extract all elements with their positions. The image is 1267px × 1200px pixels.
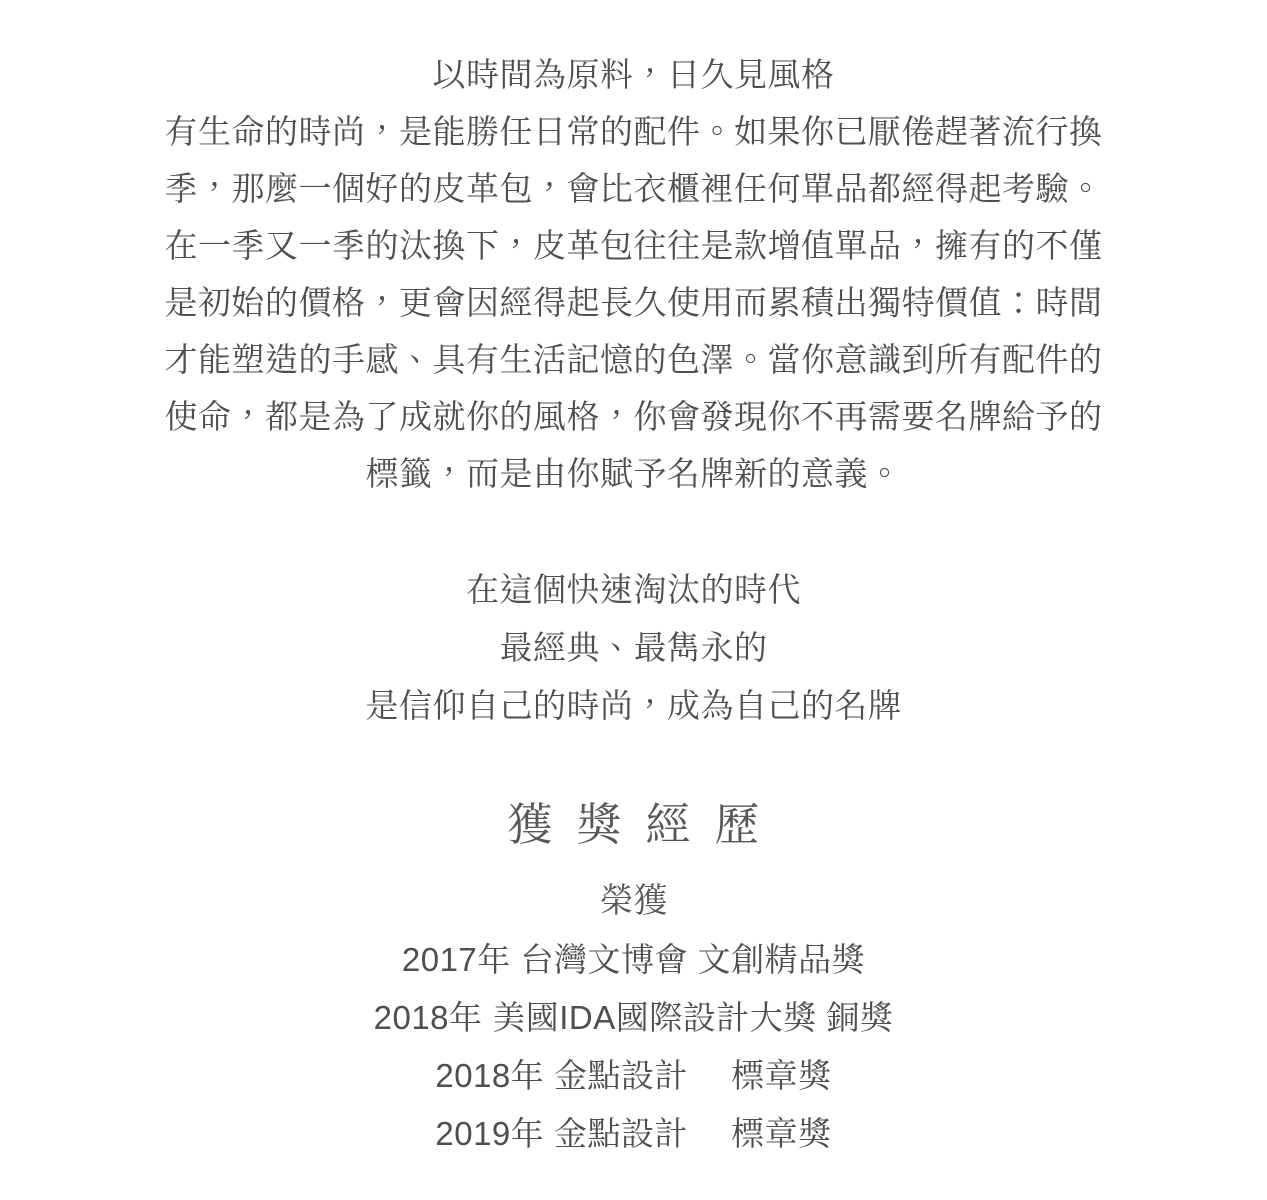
manifesto: 在這個快速淘汰的時代 最經典、最雋永的 是信仰自己的時尚，成為自己的名牌 bbox=[0, 561, 1267, 735]
awards-subtitle: 榮獲 bbox=[0, 873, 1267, 931]
brand-statement: 以時間為原料，日久見風格 有生命的時尚，是能勝任日常的配件。如果你已厭倦趕著流行… bbox=[0, 0, 1267, 502]
awards-list: 2017年 台灣文博會 文創精品獎 2018年 美國IDA國際設計大獎 銅獎 2… bbox=[0, 931, 1267, 1163]
statement-line-6: 使命，都是為了成就你的風格，你會發現你不再需要名牌給予的 bbox=[0, 388, 1267, 445]
statement-closing-line: 標籤，而是由你賦予名牌新的意義。 bbox=[0, 445, 1267, 502]
award-item-3: 2018年 金點設計 標章獎 bbox=[0, 1047, 1267, 1105]
manifesto-line-2: 最經典、最雋永的 bbox=[0, 619, 1267, 677]
awards-section: 獲獎經歷 榮獲 2017年 台灣文博會 文創精品獎 2018年 美國IDA國際設… bbox=[0, 795, 1267, 1163]
awards-section-title: 獲獎經歷 bbox=[0, 795, 1267, 855]
statement-line-3: 在一季又一季的汰換下，皮革包往往是款增值單品，擁有的不僅 bbox=[0, 217, 1267, 274]
statement-line-4: 是初始的價格，更會因經得起長久使用而累積出獨特價值：時間 bbox=[0, 274, 1267, 331]
award-item-1: 2017年 台灣文博會 文創精品獎 bbox=[0, 931, 1267, 989]
manifesto-line-1: 在這個快速淘汰的時代 bbox=[0, 561, 1267, 619]
statement-line-5: 才能塑造的手感、具有生活記憶的色澤。當你意識到所有配件的 bbox=[0, 331, 1267, 388]
award-item-2: 2018年 美國IDA國際設計大獎 銅獎 bbox=[0, 989, 1267, 1047]
award-item-4: 2019年 金點設計 標章獎 bbox=[0, 1105, 1267, 1163]
statement-line-2: 季，那麼一個好的皮革包，會比衣櫃裡任何單品都經得起考驗。 bbox=[0, 160, 1267, 217]
statement-opening-line: 以時間為原料，日久見風格 bbox=[0, 46, 1267, 103]
manifesto-line-3: 是信仰自己的時尚，成為自己的名牌 bbox=[0, 677, 1267, 735]
statement-line-1: 有生命的時尚，是能勝任日常的配件。如果你已厭倦趕著流行換 bbox=[0, 103, 1267, 160]
page: 以時間為原料，日久見風格 有生命的時尚，是能勝任日常的配件。如果你已厭倦趕著流行… bbox=[0, 0, 1267, 1200]
